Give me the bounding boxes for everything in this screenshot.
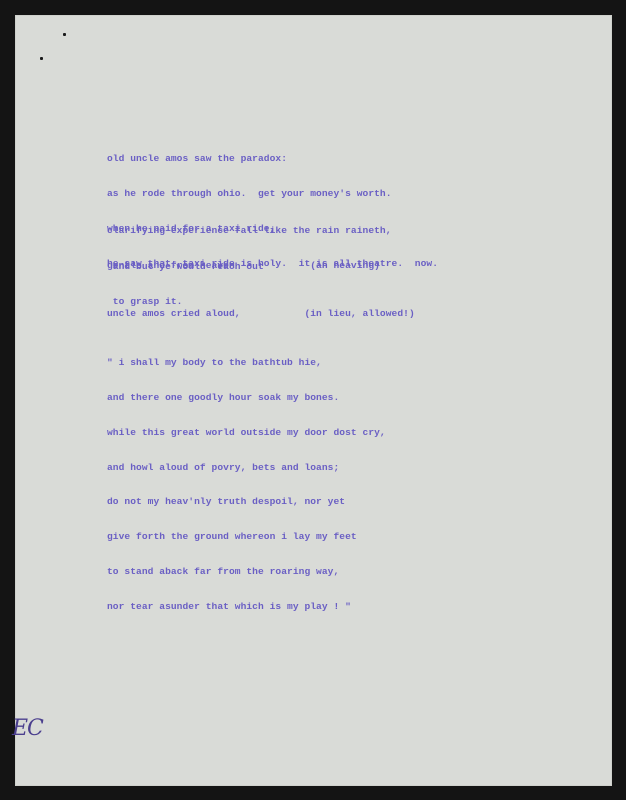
poem-line: and there one goodly hour soak my bones. — [107, 392, 386, 404]
stanza-5: " i shall my body to the bathtub hie, an… — [107, 334, 386, 624]
poem-line: give forth the ground whereon i lay my f… — [107, 531, 386, 543]
poem-line: clarifying experience fall like the rain… — [107, 225, 392, 237]
poem-line: to stand aback far from the roaring way, — [107, 566, 386, 578]
poem-line: and but ye would reach out — [107, 261, 264, 273]
paper-speck — [63, 33, 66, 36]
poem-line: while this great world outside my door d… — [107, 427, 386, 439]
paper-speck — [40, 57, 43, 60]
poem-line: " i shall my body to the bathtub hie, — [107, 357, 386, 369]
poem-line: do not my heav'nly truth despoil, nor ye… — [107, 496, 386, 508]
poem-line: and howl aloud of povry, bets and loans; — [107, 462, 386, 474]
poem-line: old uncle amos saw the paradox: — [107, 153, 438, 165]
poem-line: as he rode through ohio. get your money'… — [107, 188, 438, 200]
poem-line: uncle amos cried aloud, (in lieu, allowe… — [107, 308, 415, 320]
poem-line: nor tear asunder that which is my play !… — [107, 601, 386, 613]
handwritten-initials: EC — [12, 716, 43, 741]
stanza-4: uncle amos cried aloud, (in lieu, allowe… — [107, 285, 415, 331]
